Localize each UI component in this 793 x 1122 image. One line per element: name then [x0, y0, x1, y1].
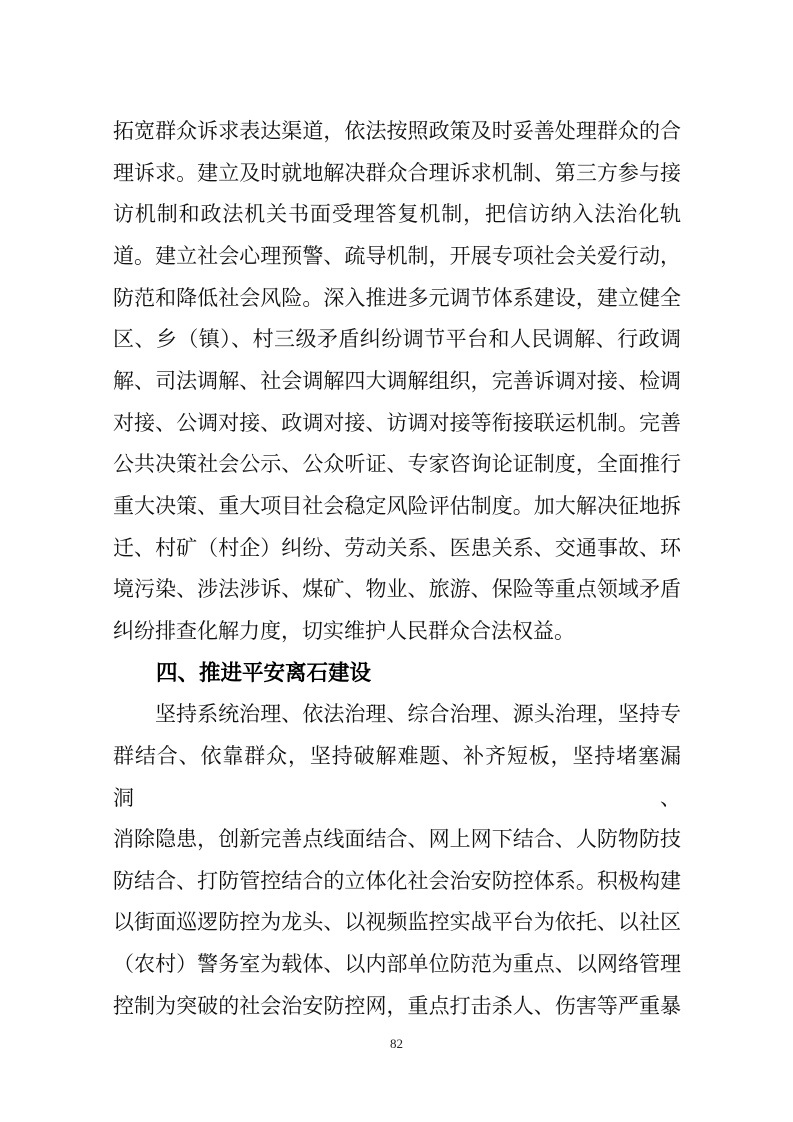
body-text-line: 防范和降低社会风险。深入推进多元调节体系建设，建立健全: [113, 278, 681, 320]
body-text-line: 对接、公调对接、政调对接、访调对接等衔接联运机制。完善: [113, 403, 681, 445]
body-text-line: 消除隐患，创新完善点线面结合、网上网下结合、人防物防技: [113, 819, 681, 861]
section-heading: 四、推进平安离石建设: [113, 653, 681, 695]
page-number: 82: [0, 1036, 793, 1052]
body-text-line: 以街面巡逻防控为龙头、以视频监控实战平台为依托、以社区: [113, 902, 681, 944]
body-text-line: 区、乡（镇）、村三级矛盾纠纷调节平台和人民调解、行政调: [113, 319, 681, 361]
body-text-line: 坚持系统治理、依法治理、综合治理、源头治理，坚持专: [113, 694, 681, 736]
body-text-line: 纠纷排查化解力度，切实维护人民群众合法权益。: [113, 611, 681, 653]
body-text-line: 解、司法调解、社会调解四大调解组织，完善诉调对接、检调: [113, 361, 681, 403]
body-text-line: 迁、村矿（村企）纠纷、劳动关系、医患关系、交通事故、环: [113, 528, 681, 570]
body-text-line: 境污染、涉法涉诉、煤矿、物业、旅游、保险等重点领域矛盾: [113, 569, 681, 611]
body-text-line: 拓宽群众诉求表达渠道，依法按照政策及时妥善处理群众的合: [113, 111, 681, 153]
document-page: 拓宽群众诉求表达渠道，依法按照政策及时妥善处理群众的合 理诉求。建立及时就地解决…: [0, 0, 793, 1122]
body-text-line: 道。建立社会心理预警、疏导机制，开展专项社会关爱行动，: [113, 236, 681, 278]
body-text-line: （农村）警务室为载体、以内部单位防范为重点、以网络管理: [113, 944, 681, 986]
document-body: 拓宽群众诉求表达渠道，依法按照政策及时妥善处理群众的合 理诉求。建立及时就地解决…: [113, 111, 681, 1027]
body-text-line: 访机制和政法机关书面受理答复机制，把信访纳入法治化轨: [113, 194, 681, 236]
body-text-line: 群结合、依靠群众，坚持破解难题、补齐短板，坚持堵塞漏洞、: [113, 736, 681, 819]
body-text-line: 理诉求。建立及时就地解决群众合理诉求机制、第三方参与接: [113, 153, 681, 195]
body-text-line: 控制为突破的社会治安防控网，重点打击杀人、伤害等严重暴: [113, 986, 681, 1028]
body-text-line: 公共决策社会公示、公众听证、专家咨询论证制度，全面推行: [113, 444, 681, 486]
body-text-line: 重大决策、重大项目社会稳定风险评估制度。加大解决征地拆: [113, 486, 681, 528]
body-text-line: 防结合、打防管控结合的立体化社会治安防控体系。积极构建: [113, 861, 681, 903]
